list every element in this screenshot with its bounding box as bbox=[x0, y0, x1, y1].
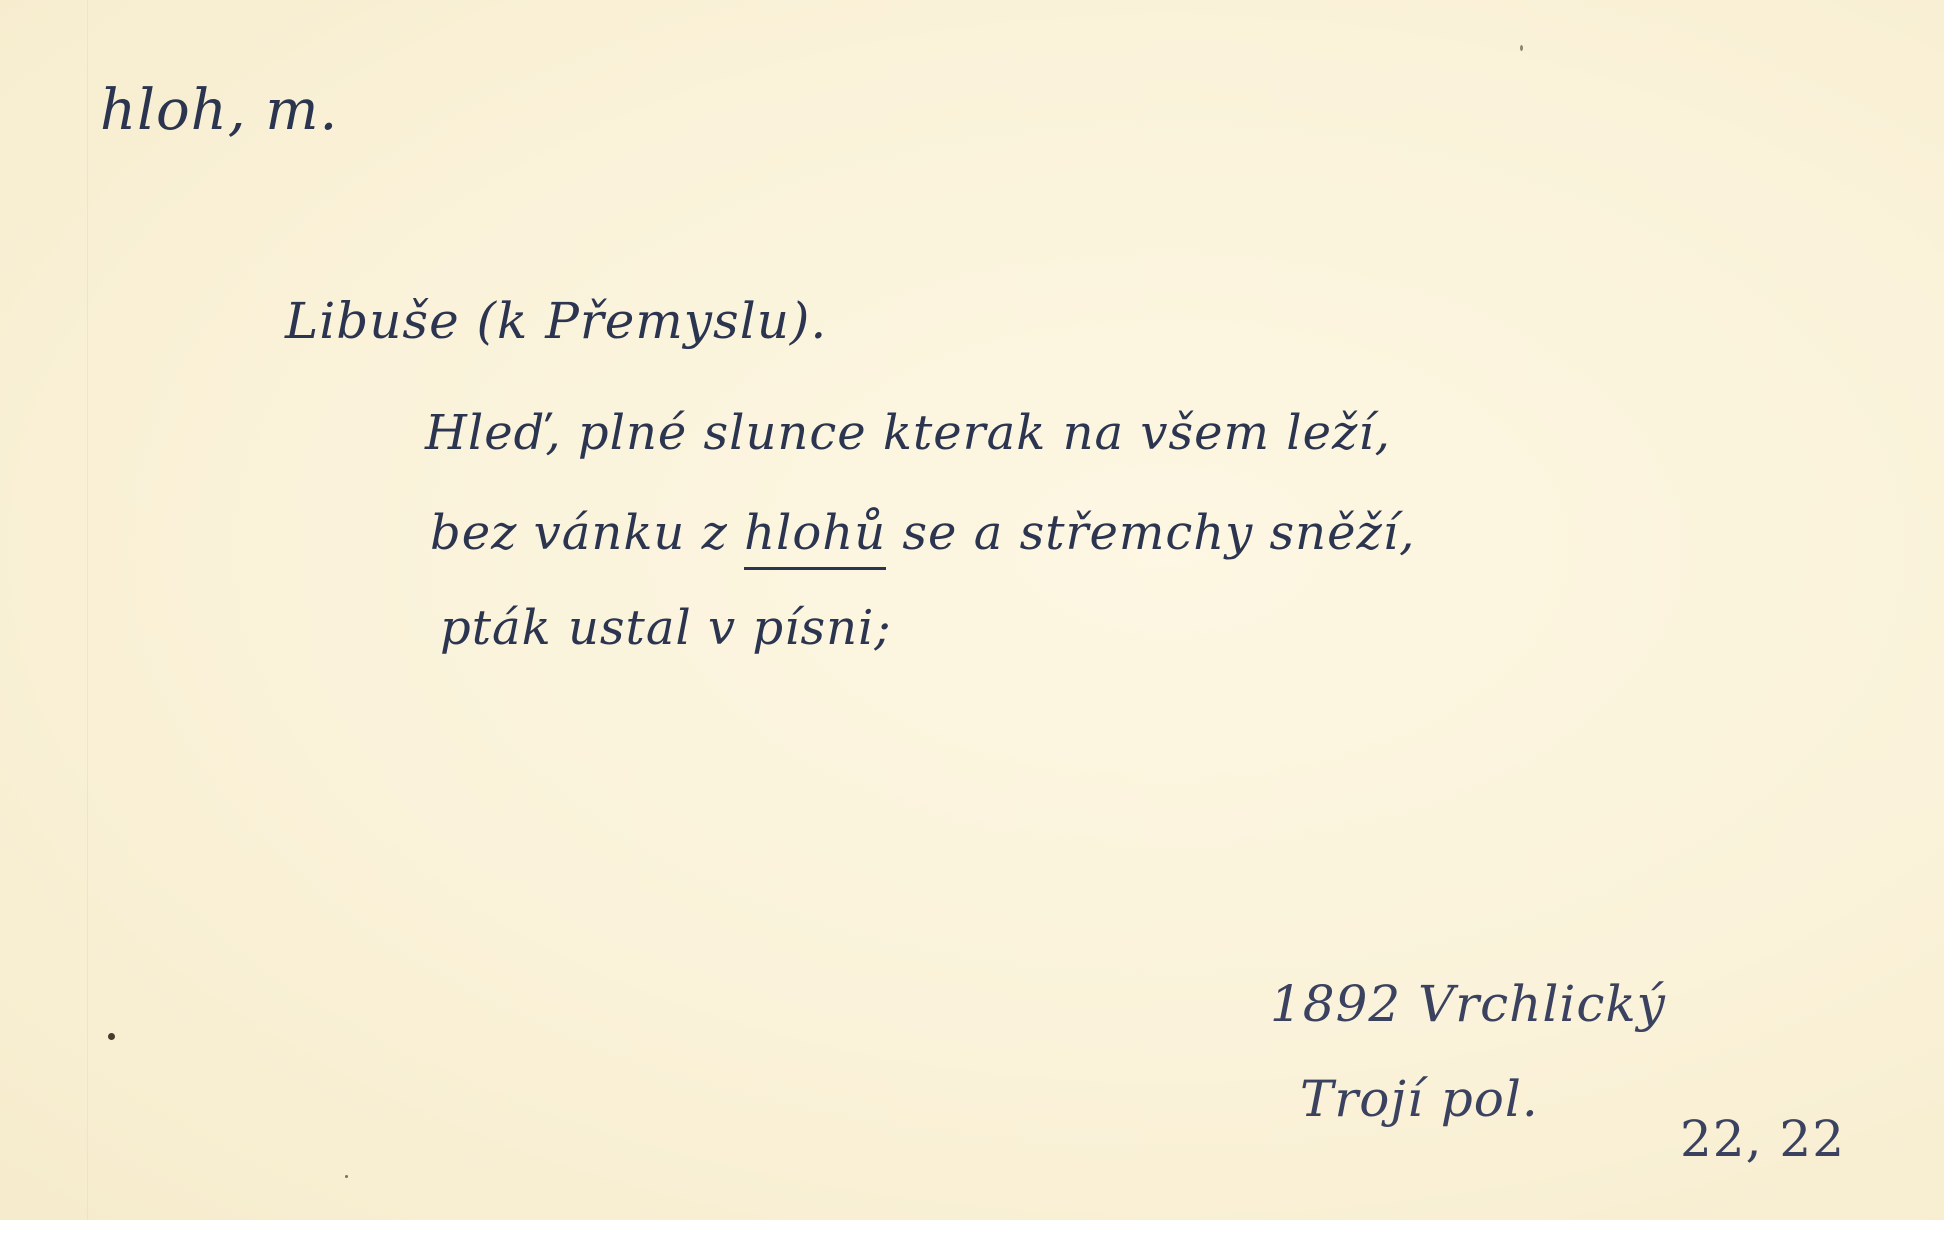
ink-speck bbox=[345, 1175, 348, 1178]
margin-rule bbox=[87, 0, 88, 1220]
ink-speck bbox=[108, 1033, 115, 1040]
attribution-year-author: 1892 Vrchlický bbox=[1270, 975, 1666, 1033]
attribution-work: Trojí pol. bbox=[1300, 1070, 1539, 1128]
quotation-line-2-after: se a střemchy sněží, bbox=[886, 505, 1415, 561]
dictionary-slip: hloh, m. Libuše (k Přemyslu). Hleď, plné… bbox=[0, 0, 1944, 1220]
quotation-line-2-before: bez vánku z bbox=[430, 505, 744, 561]
source-heading: Libuše (k Přemyslu). bbox=[285, 292, 827, 350]
attribution-year: 1892 bbox=[1270, 975, 1401, 1033]
quotation-line-3: pták ustal v písni; bbox=[440, 600, 892, 656]
ink-speck bbox=[1520, 45, 1523, 51]
attribution-pages: 22, 22 bbox=[1680, 1110, 1845, 1168]
underlined-headword-form: hlohů bbox=[744, 505, 886, 570]
quotation-line-1: Hleď, plné slunce kterak na všem leží, bbox=[425, 405, 1391, 461]
quotation-line-2: bez vánku z hlohů se a střemchy sněží, bbox=[430, 505, 1415, 561]
attribution-author: Vrchlický bbox=[1418, 975, 1666, 1033]
headword: hloh, m. bbox=[100, 78, 338, 143]
